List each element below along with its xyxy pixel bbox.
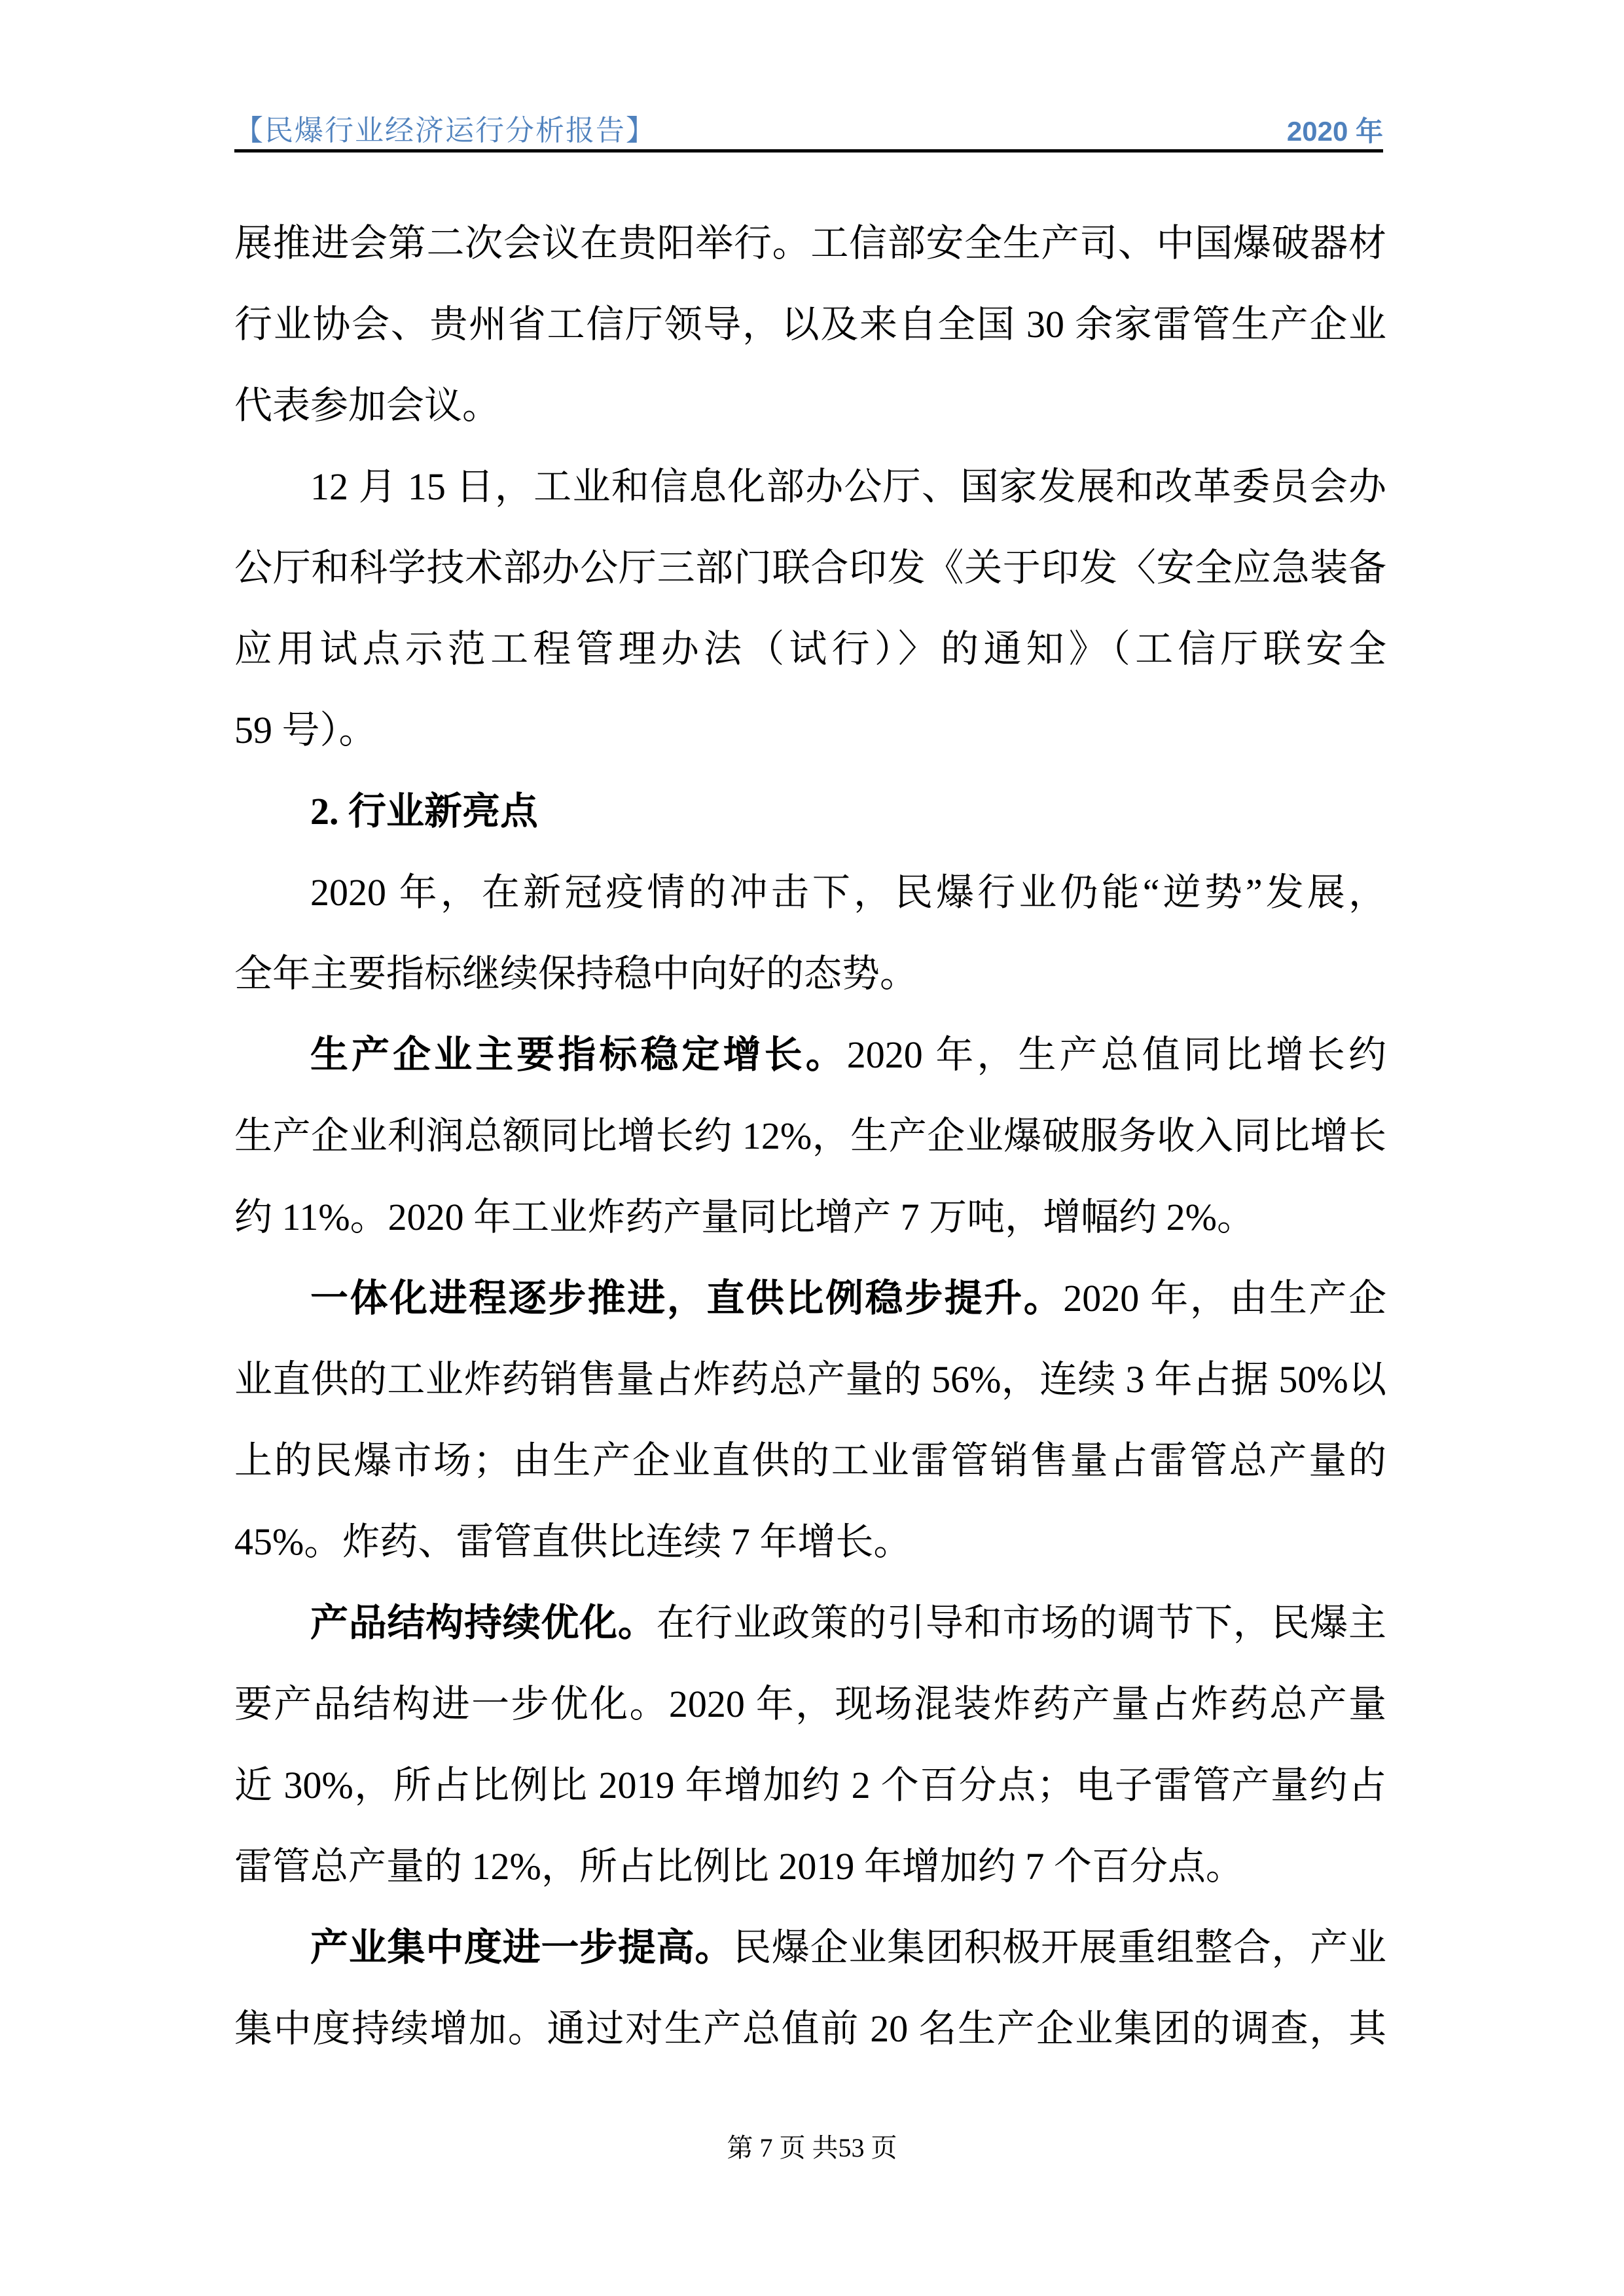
text-run: 约 11%。2020 年工业炸药产量同比增产 7 万吨，增幅约 2%。 — [234, 1196, 1255, 1238]
body-line: 生产企业主要指标稳定增长。2020 年，生产总值同比增长约 1%， — [234, 1014, 1386, 1096]
body-line: 一体化进程逐步推进，直供比例稳步提升。2020 年，由生产企 — [234, 1258, 1386, 1339]
header-divider — [234, 149, 1383, 152]
text-run: 生产企业利润总额同比增长约 12%，生产企业爆破服务收入同比增长 — [234, 1115, 1386, 1157]
bold-run: 生产企业主要指标稳定增长。 — [310, 1033, 847, 1076]
body-line: 展推进会第二次会议在贵阳举行。工信部安全生产司、中国爆破器材 — [234, 203, 1386, 284]
footer-page-number: 第 7 页 共53 页 — [0, 2132, 1624, 2164]
text-run: 2020 年，由生产企 — [1063, 1277, 1386, 1319]
body-line: 12 月 15 日，工业和信息化部办公厅、国家发展和改革委员会办 — [234, 446, 1386, 528]
text-run: 45%。炸药、雷管直供比连续 7 年增长。 — [234, 1520, 911, 1563]
section-heading: 2. 行业新亮点 — [234, 771, 1386, 852]
body-line: 产业集中度进一步提高。民爆企业集团积极开展重组整合，产业 — [234, 1907, 1386, 1988]
body-line: 代表参加会议。 — [234, 365, 1386, 446]
bold-run: 2. 行业新亮点 — [310, 790, 538, 833]
text-run: 在行业政策的引导和市场的调节下，民爆主 — [657, 1602, 1386, 1644]
text-run: 应用试点示范工程管理办法（试行）〉的通知》（工信厅联安全〔2020〕 — [234, 628, 1386, 690]
document-page: 【民爆行业经济运行分析报告】 2020 年 展推进会第二次会议在贵阳举行。工信部… — [0, 0, 1624, 2296]
body-line: 要产品结构进一步优化。2020 年，现场混装炸药产量占炸药总产量 — [234, 1664, 1386, 1745]
header-year: 2020 年 — [1287, 118, 1383, 145]
body-line: 全年主要指标继续保持稳中向好的态势。 — [234, 933, 1386, 1014]
body-line: 45%。炸药、雷管直供比连续 7 年增长。 — [234, 1501, 1386, 1583]
body-line: 应用试点示范工程管理办法（试行）〉的通知》（工信厅联安全〔2020〕 — [234, 609, 1386, 690]
body-line: 2020 年，在新冠疫情的冲击下，民爆行业仍能“逆势”发展， — [234, 852, 1386, 933]
body-line: 集中度持续增加。通过对生产总值前 20 名生产企业集团的调查，其 — [234, 1988, 1386, 2070]
bold-run: 一体化进程逐步推进，直供比例稳步提升。 — [310, 1277, 1063, 1319]
text-run: 上的民爆市场；由生产企业直供的工业雷管销售量占雷管总产量的 — [234, 1439, 1386, 1482]
body-line: 近 30%，所占比例比 2019 年增加约 2 个百分点；电子雷管产量约占 — [234, 1745, 1386, 1826]
text-run: 2020 年，在新冠疫情的冲击下，民爆行业仍能“逆势”发展， — [310, 871, 1386, 914]
body-line: 59 号）。 — [234, 690, 1386, 771]
text-run: 业直供的工业炸药销售量占炸药总产量的 56%，连续 3 年占据 50%以 — [234, 1358, 1386, 1401]
body-line: 生产企业利润总额同比增长约 12%，生产企业爆破服务收入同比增长 — [234, 1096, 1386, 1177]
text-run: 展推进会第二次会议在贵阳举行。工信部安全生产司、中国爆破器材 — [234, 222, 1386, 264]
header-report-title: 【民爆行业经济运行分析报告】 — [234, 117, 656, 145]
text-run: 集中度持续增加。通过对生产总值前 20 名生产企业集团的调查，其 — [234, 2007, 1386, 2050]
body-line: 行业协会、贵州省工信厅领导，以及来自全国 30 余家雷管生产企业 — [234, 284, 1386, 365]
body-line: 雷管总产量的 12%，所占比例比 2019 年增加约 7 个百分点。 — [234, 1826, 1386, 1907]
text-run: 行业协会、贵州省工信厅领导，以及来自全国 30 余家雷管生产企业 — [234, 303, 1386, 346]
body-line: 产品结构持续优化。在行业政策的引导和市场的调节下，民爆主 — [234, 1583, 1386, 1664]
body-line: 业直供的工业炸药销售量占炸药总产量的 56%，连续 3 年占据 50%以 — [234, 1339, 1386, 1420]
bold-run: 产品结构持续优化。 — [310, 1602, 657, 1644]
text-run: 雷管总产量的 12%，所占比例比 2019 年增加约 7 个百分点。 — [234, 1845, 1244, 1888]
bold-run: 产业集中度进一步提高。 — [310, 1926, 733, 1969]
body-text-column: 展推进会第二次会议在贵阳举行。工信部安全生产司、中国爆破器材 行业协会、贵州省工… — [234, 203, 1386, 2070]
text-run: 要产品结构进一步优化。2020 年，现场混装炸药产量占炸药总产量 — [234, 1683, 1386, 1725]
text-run: 59 号）。 — [234, 709, 377, 751]
text-run: 民爆企业集团积极开展重组整合，产业 — [733, 1926, 1386, 1969]
text-run: 12 月 15 日，工业和信息化部办公厅、国家发展和改革委员会办 — [310, 465, 1386, 508]
text-run: 代表参加会议。 — [234, 384, 500, 427]
text-run: 公厅和科学技术部办公厅三部门联合印发《关于印发〈安全应急装备 — [234, 547, 1386, 589]
body-line: 约 11%。2020 年工业炸药产量同比增产 7 万吨，增幅约 2%。 — [234, 1177, 1386, 1258]
body-line: 上的民爆市场；由生产企业直供的工业雷管销售量占雷管总产量的 — [234, 1420, 1386, 1501]
text-run: 近 30%，所占比例比 2019 年增加约 2 个百分点；电子雷管产量约占 — [234, 1764, 1386, 1806]
body-line: 公厅和科学技术部办公厅三部门联合印发《关于印发〈安全应急装备 — [234, 528, 1386, 609]
text-run: 全年主要指标继续保持稳中向好的态势。 — [234, 952, 918, 995]
